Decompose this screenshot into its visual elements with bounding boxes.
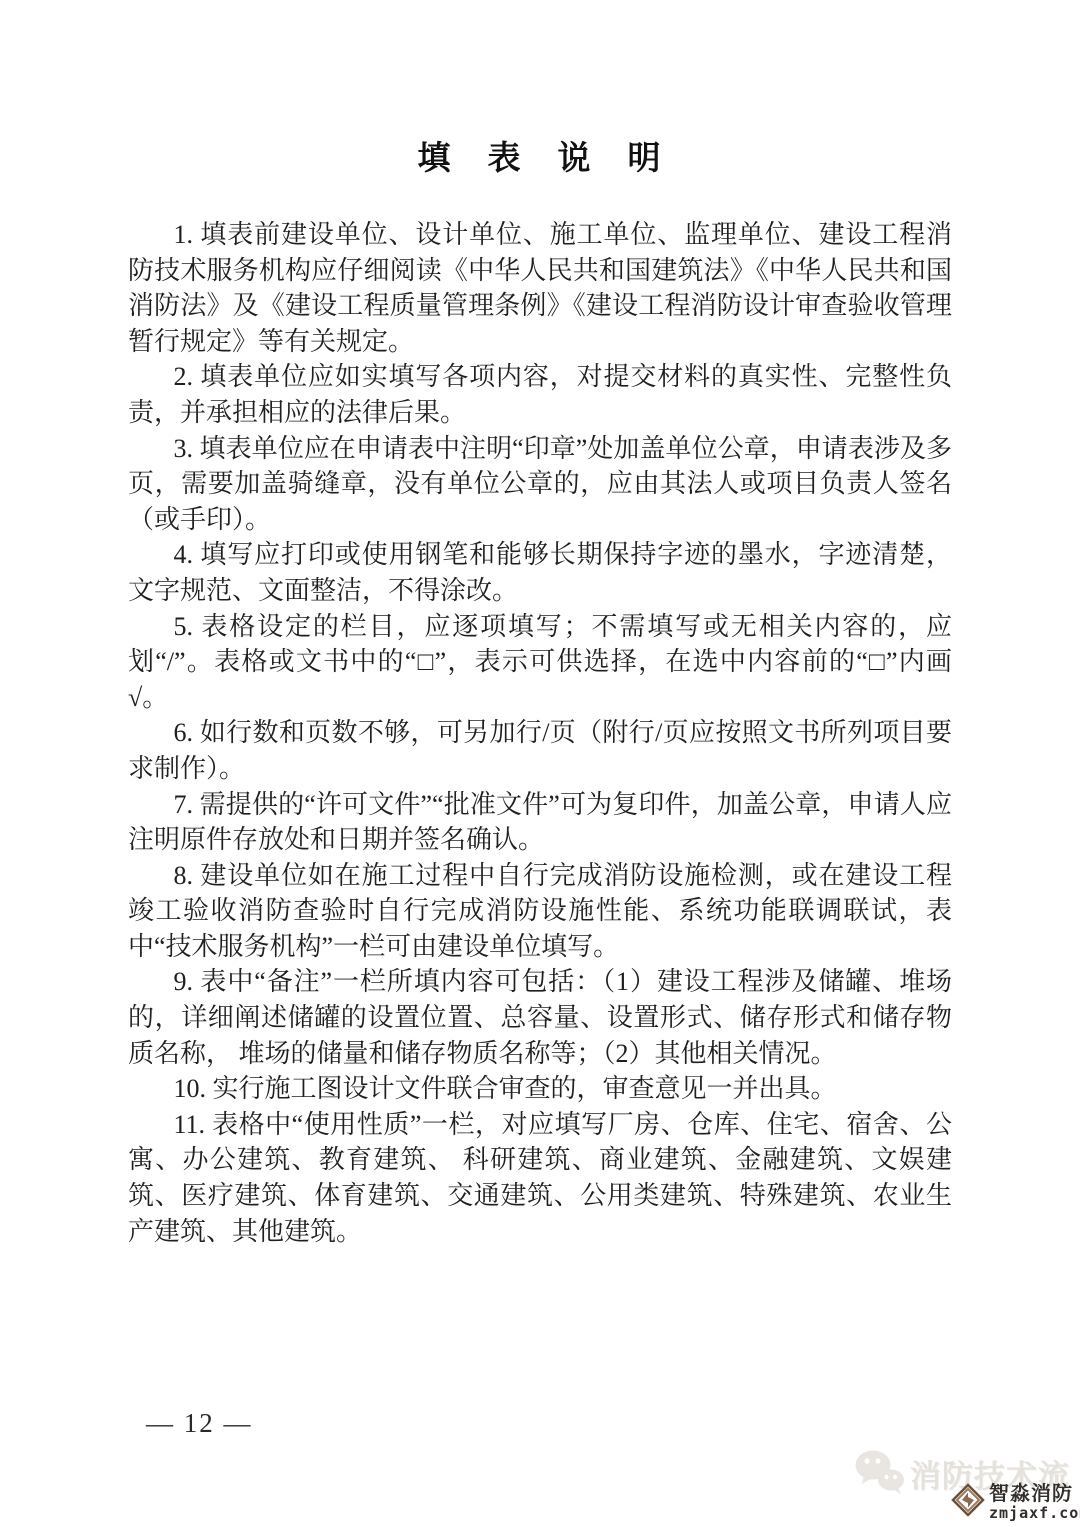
brand-name: 智淼消防 bbox=[989, 1484, 1080, 1504]
diamond-z-icon bbox=[950, 1483, 986, 1522]
instruction-paragraph-10: 10. 实行施工图设计文件联合审查的，审查意见一并出具。 bbox=[128, 1071, 952, 1107]
instruction-paragraph-4: 4. 填写应打印或使用钢笔和能够长期保持字迹的墨水，字迹清楚，文字规范、文面整洁… bbox=[128, 537, 952, 608]
instruction-paragraph-9: 9. 表中“备注”一栏所填内容可包括：（1）建设工程涉及储罐、堆场的，详细阐述储… bbox=[128, 964, 952, 1071]
instruction-paragraph-11: 11. 表格中“使用性质”一栏，对应填写厂房、仓库、住宅、宿舍、公寓、办公建筑、… bbox=[128, 1107, 952, 1249]
instruction-paragraph-5: 5. 表格设定的栏目，应逐项填写；不需填写或无相关内容的，应划“/”。表格或文书… bbox=[128, 609, 952, 716]
page-title: 填 表 说 明 bbox=[0, 138, 1080, 178]
page-number: — 12 — bbox=[146, 1408, 253, 1439]
instruction-paragraph-8: 8. 建设单位如在施工过程中自行完成消防设施检测，或在建设工程竣工验收消防查验时… bbox=[128, 858, 952, 965]
instruction-paragraph-1: 1. 填表前建设单位、设计单位、施工单位、监理单位、建设工程消防技术服务机构应仔… bbox=[128, 217, 952, 359]
brand-site-url: zmjaxf.com bbox=[989, 1506, 1080, 1521]
brand-block: 智淼消防 zmjaxf.com bbox=[950, 1483, 1080, 1522]
wechat-icon bbox=[852, 1447, 906, 1500]
instruction-paragraph-7: 7. 需提供的“许可文件”“批准文件”可为复印件，加盖公章，申请人应注明原件存放… bbox=[128, 787, 952, 858]
instruction-paragraph-6: 6. 如行数和页数不够，可另加行/页（附行/页应按照文书所列项目要求制作）。 bbox=[128, 715, 952, 786]
instruction-paragraph-3: 3. 填表单位应在申请表中注明“印章”处加盖单位公章，申请表涉及多页，需要加盖骑… bbox=[128, 431, 952, 538]
instructions-body: 1. 填表前建设单位、设计单位、施工单位、监理单位、建设工程消防技术服务机构应仔… bbox=[128, 217, 952, 1249]
instruction-paragraph-2: 2. 填表单位应如实填写各项内容，对提交材料的真实性、完整性负责，并承担相应的法… bbox=[128, 359, 952, 430]
document-page: 填 表 说 明 1. 填表前建设单位、设计单位、施工单位、监理单位、建设工程消防… bbox=[0, 0, 1080, 1527]
